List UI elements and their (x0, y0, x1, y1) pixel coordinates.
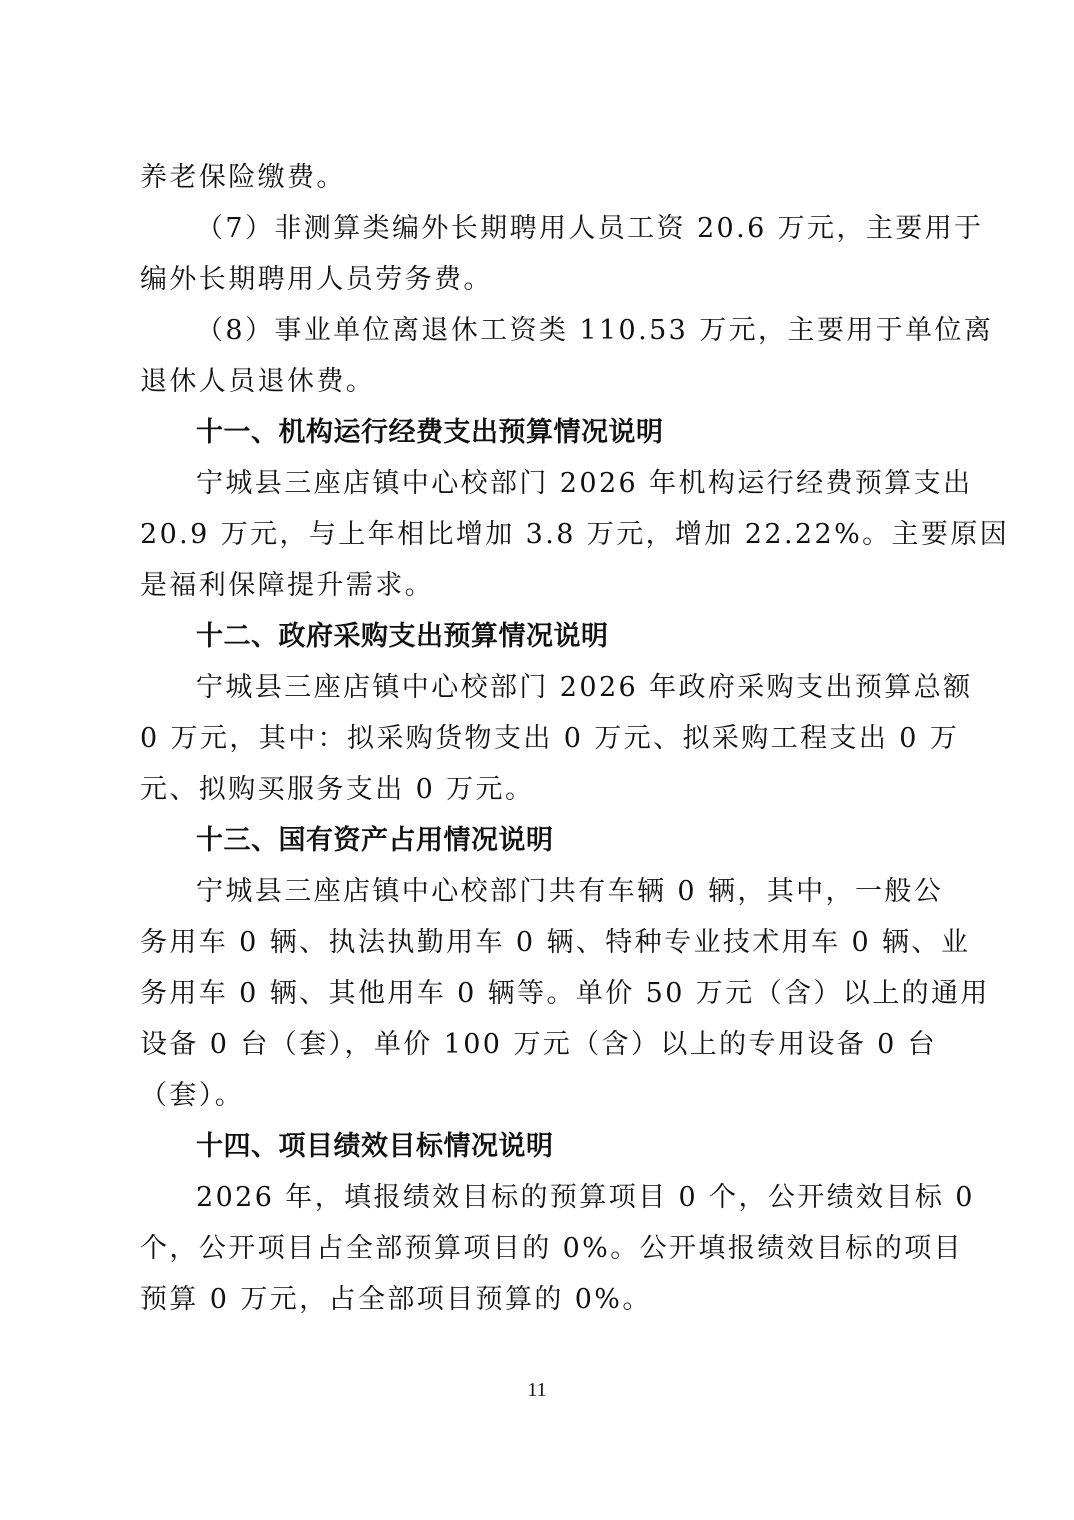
body-text-line: 宁城县三座店镇中心校部门 2026 年机构运行经费预算支出 (140, 458, 936, 509)
body-text-line: （7）非测算类编外长期聘用人员工资 20.6 万元，主要用于 (140, 203, 936, 254)
body-text-line: 编外长期聘用人员劳务费。 (140, 254, 936, 305)
body-text-line: 是福利保障提升需求。 (140, 560, 936, 611)
body-text-line: 2026 年，填报绩效目标的预算项目 0 个，公开绩效目标 0 (140, 1172, 936, 1223)
body-text-line: 20.9 万元，与上年相比增加 3.8 万元，增加 22.22%。主要原因 (140, 509, 936, 560)
page-number: 11 (0, 1379, 1074, 1402)
body-text-line: 0 万元，其中：拟采购货物支出 0 万元、拟采购工程支出 0 万 (140, 713, 936, 764)
body-text-line: 退休人员退休费。 (140, 356, 936, 407)
body-text-line: （8）事业单位离退休工资类 110.53 万元，主要用于单位离 (140, 305, 936, 356)
body-text-line: 务用车 0 辆、执法执勤用车 0 辆、特种专业技术用车 0 辆、业 (140, 917, 936, 968)
body-text-line: 预算 0 万元，占全部项目预算的 0%。 (140, 1274, 936, 1325)
body-text-line: 元、拟购买服务支出 0 万元。 (140, 764, 936, 815)
section-heading-13: 十三、国有资产占用情况说明 (140, 815, 936, 866)
body-text-line: 个，公开项目占全部预算项目的 0%。公开填报绩效目标的项目 (140, 1223, 936, 1274)
body-text-line: 养老保险缴费。 (140, 152, 936, 203)
body-text-line: （套）。 (140, 1070, 936, 1121)
document-page: 养老保险缴费。 （7）非测算类编外长期聘用人员工资 20.6 万元，主要用于 编… (140, 152, 936, 1325)
body-text-line: 宁城县三座店镇中心校部门 2026 年政府采购支出预算总额 (140, 662, 936, 713)
body-text-line: 宁城县三座店镇中心校部门共有车辆 0 辆，其中，一般公 (140, 866, 936, 917)
section-heading-12: 十二、政府采购支出预算情况说明 (140, 611, 936, 662)
body-text-line: 设备 0 台（套），单价 100 万元（含）以上的专用设备 0 台 (140, 1019, 936, 1070)
section-heading-14: 十四、项目绩效目标情况说明 (140, 1121, 936, 1172)
section-heading-11: 十一、机构运行经费支出预算情况说明 (140, 407, 936, 458)
body-text-line: 务用车 0 辆、其他用车 0 辆等。单价 50 万元（含）以上的通用 (140, 968, 936, 1019)
